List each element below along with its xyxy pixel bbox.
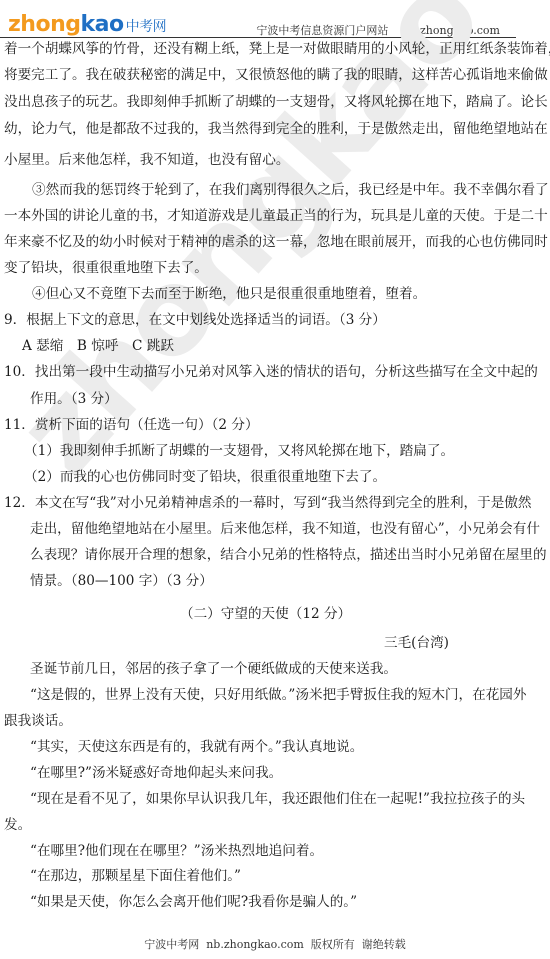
text-line: 11．赏析下面的语句（任选一句）（2 分） [4,416,259,434]
text-line: 将要完工了。我在破获秘密的满足中，又很愤怒他的瞒了我的眼睛，这样苦心孤诣地来偷做 [4,66,548,84]
text-line: 作用。（3 分） [30,390,118,408]
text-line: 没出息孩子的玩艺。我即刻伸手抓断了胡蝶的一支翅骨，又将风轮掷在地下，踏扁了。论长 [4,93,548,111]
text-line: ③然而我的惩罚终于轮到了，在我们离别得很久之后，我已经是中年。我不幸偶尔看了 [32,181,549,199]
text-line: 跟我谈话。 [4,712,72,730]
text-line: （2）而我的心也仿佛同时变了铅块，很重很重地堕下去了。 [24,468,386,486]
text-line: 情景。（80—100 字）（3 分） [30,572,213,590]
text-line: （二）守望的天使（12 分） [180,605,351,623]
text-line: 圣诞节前几日，邻居的孩子拿了一个硬纸做成的天使来送我。 [30,660,397,678]
text-line: “在哪里?他们现在在哪里？”汤米热烈地追问着。 [30,842,323,860]
text-line: “这是假的，世界上没有天使，只好用纸做。”汤米把手臂扳住我的短木门，在花园外 [30,686,526,704]
text-line: 幼，论力气，他是都敌不过我的，我当然得到完全的胜利，于是傲然走出，留他绝望地站在 [4,120,548,138]
text-line: 着一个胡蝶风筝的竹骨，还没有糊上纸，凳上是一对做眼睛用的小风轮，正用红纸条装饰着… [4,40,550,58]
text-line: “在那边，那颗星星下面住着他们。” [30,867,241,885]
text-line: 年来豪不忆及的幼小时候对于精神的虐杀的这一幕，忽地在眼前展开，而我的心也仿佛同时 [4,233,548,251]
text-line: 小屋里。后来他怎样，我不知道，也没有留心。 [4,151,289,169]
text-line: “现在是看不见了，如果你早认识我几年，我还跟他们住在一起呢!”我拉拉孩子的头 [30,790,525,808]
text-line: 12．本文在写“我”对小兄弟精神虐杀的一幕时，写到“我当然得到完全的胜利，于是傲… [4,494,532,512]
text-line: 走出，留他绝望地站在小屋里。后来他怎样，我不知道，也没有留心”，小兄弟会有什 [30,520,540,538]
text-line: 三毛(台湾) [384,634,449,652]
text-line: ④但心又不竟堕下去而至于断绝，他只是很重很重地堕着，堕着。 [32,285,426,303]
document-body: 着一个胡蝶风筝的竹骨，还没有糊上纸，凳上是一对做眼睛用的小风轮，正用红纸条装饰着… [0,0,550,959]
text-line: 变了铅块，很重很重地堕下去了。 [4,259,208,277]
text-line: “如果是天使，你怎么会离开他们呢?我看你是骗人的。” [30,893,357,911]
text-line: “在哪里?”汤米疑惑好奇地仰起头来问我。 [30,764,282,782]
text-line: 10．找出第一段中生动描写小兄弟对风筝入迷的情状的语句，分析这些描写在全文中起的 [4,363,538,381]
text-line: 么表现？请你展开合理的想象，结合小兄弟的性格特点，描述出当时小兄弟留在屋里的 [30,546,547,564]
text-line: 9．根据上下文的意思，在文中划线处选择适当的词语。（3 分） [4,311,386,329]
text-line: （1）我即刻伸手抓断了胡蝶的一支翅骨，又将风轮掷在地下，踏扁了。 [24,442,454,460]
text-line: 一本外国的讲论儿童的书，才知道游戏是儿童最正当的行为，玩具是儿童的天使。于是二十 [4,207,548,225]
text-line: “其实，天使这东西是有的，我就有两个。”我认真地说。 [30,738,363,756]
text-line: 发。 [4,816,31,834]
text-line: A 瑟缩 B 惊呼 C 跳跃 [22,337,174,355]
